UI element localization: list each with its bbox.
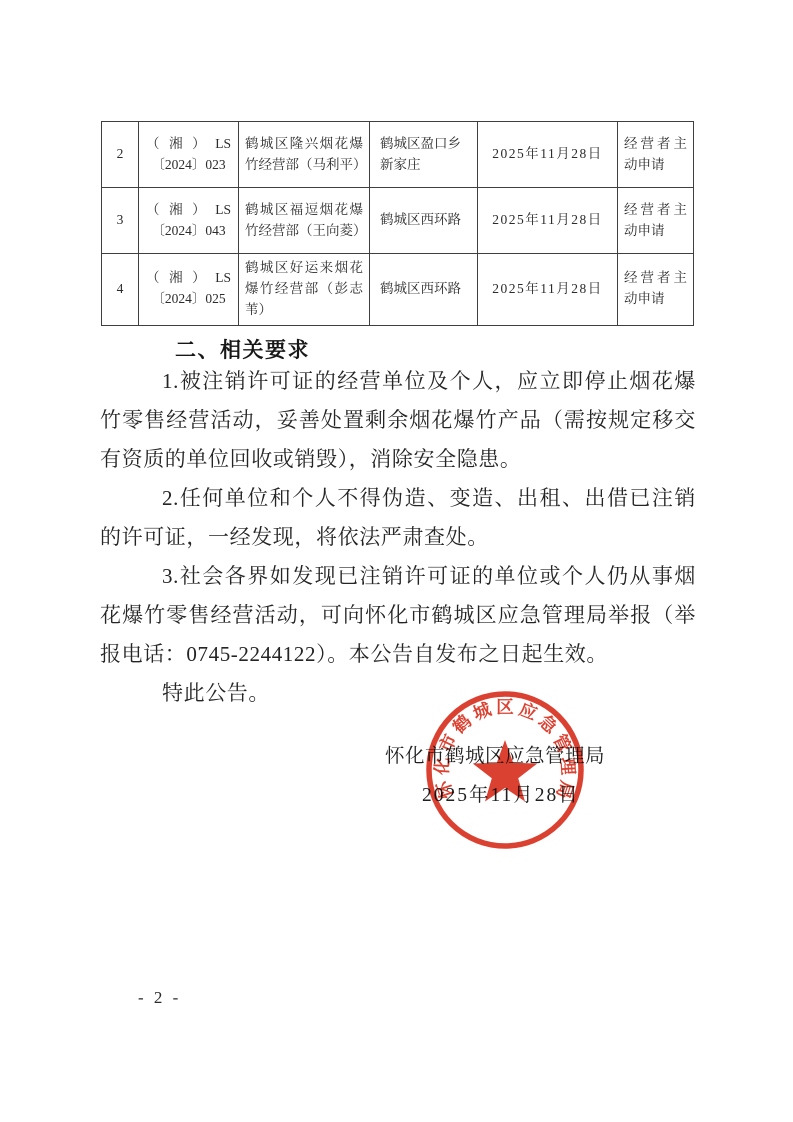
cell-date: 2025年11月28日: [478, 254, 618, 326]
cell-row-number: 2: [102, 122, 139, 188]
closing-statement: 特此公告。: [100, 674, 696, 713]
cell-operator-name: 鹤城区福逗烟花爆竹经营部（王向菱）: [239, 188, 370, 254]
cell-row-number: 3: [102, 188, 139, 254]
table-row: 3 （湘）LS 〔2024〕043 鹤城区福逗烟花爆竹经营部（王向菱） 鹤城区西…: [102, 188, 694, 254]
cell-date: 2025年11月28日: [478, 122, 618, 188]
cell-date: 2025年11月28日: [478, 188, 618, 254]
cell-address: 鹤城区西环路: [370, 188, 478, 254]
paragraph-item-2: 2.任何单位和个人不得伪造、变造、出租、出借已注销的许可证，一经发现，将依法严肃…: [100, 479, 696, 557]
cell-reason: 经营者主动申请: [618, 122, 694, 188]
cell-license-no: （湘）LS 〔2024〕025: [139, 254, 239, 326]
paragraph-item-1: 1.被注销许可证的经营单位及个人，应立即停止烟花爆竹零售经营活动，妥善处置剩余烟…: [100, 362, 696, 479]
cell-reason: 经营者主动申请: [618, 254, 694, 326]
cell-license-no: （湘）LS 〔2024〕023: [139, 122, 239, 188]
table-row: 2 （湘）LS 〔2024〕023 鹤城区隆兴烟花爆竹经营部（马利平） 鹤城区盈…: [102, 122, 694, 188]
seal-ring-icon: [429, 694, 581, 846]
cell-address: 鹤城区盈口乡新家庄: [370, 122, 478, 188]
issue-date: 2025年11月28日: [422, 779, 580, 807]
cell-operator-name: 鹤城区好运来烟花爆竹经营部（彭志苇）: [239, 254, 370, 326]
issuer-name: 怀化市鹤城区应急管理局: [385, 740, 605, 768]
cell-row-number: 4: [102, 254, 139, 326]
page-number: - 2 -: [138, 988, 181, 1008]
paragraph-item-3: 3.社会各界如发现已注销许可证的单位或个人仍从事烟花爆竹零售经营活动，可向怀化市…: [100, 557, 696, 674]
cancellation-license-table: 2 （湘）LS 〔2024〕023 鹤城区隆兴烟花爆竹经营部（马利平） 鹤城区盈…: [101, 121, 694, 326]
document-page: 2 （湘）LS 〔2024〕023 鹤城区隆兴烟花爆竹经营部（马利平） 鹤城区盈…: [0, 0, 793, 1122]
notice-body: 1.被注销许可证的经营单位及个人，应立即停止烟花爆竹零售经营活动，妥善处置剩余烟…: [100, 362, 696, 713]
section-heading: 二、相关要求: [175, 334, 310, 364]
cell-license-no: （湘）LS 〔2024〕043: [139, 188, 239, 254]
cell-operator-name: 鹤城区隆兴烟花爆竹经营部（马利平）: [239, 122, 370, 188]
table-row: 4 （湘）LS 〔2024〕025 鹤城区好运来烟花爆竹经营部（彭志苇） 鹤城区…: [102, 254, 694, 326]
cell-reason: 经营者主动申请: [618, 188, 694, 254]
cell-address: 鹤城区西环路: [370, 254, 478, 326]
